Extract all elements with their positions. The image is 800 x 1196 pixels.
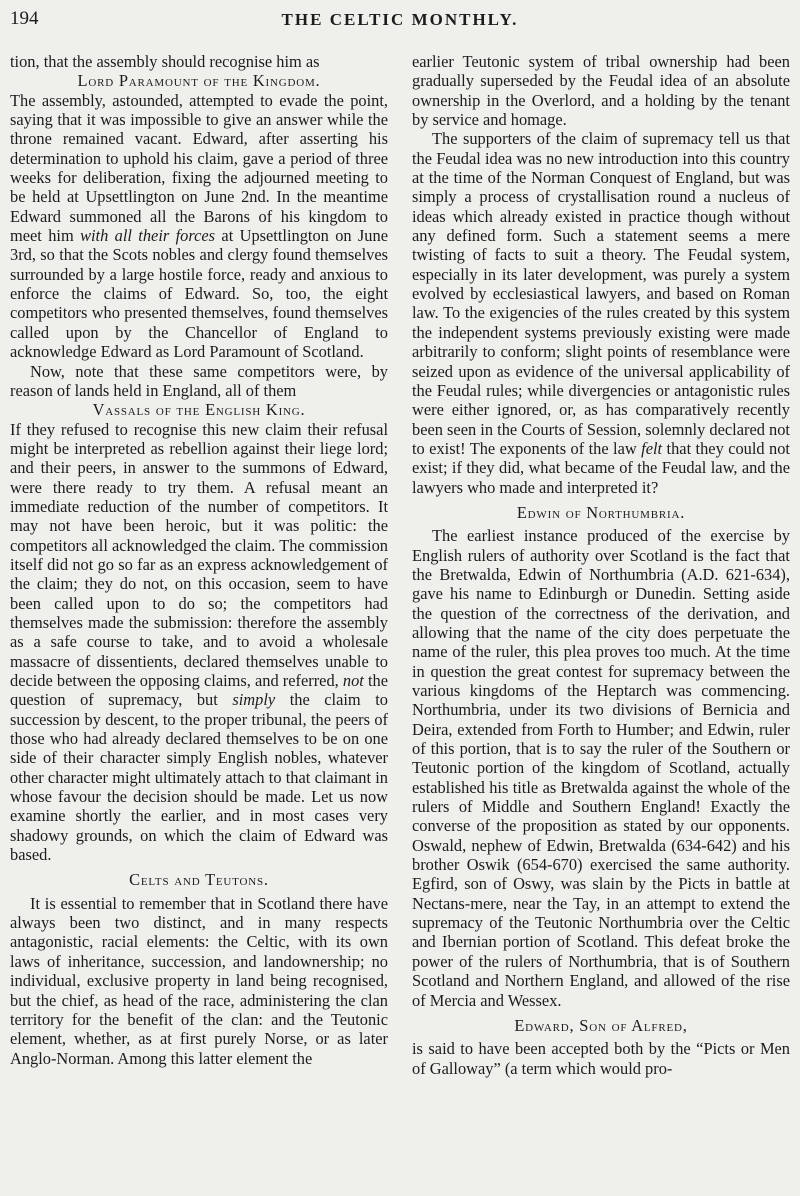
left-column: tion, that the assembly should recognise… — [10, 52, 388, 1068]
italic-emphasis: felt — [641, 439, 662, 458]
section-heading-celts-teutons: Celts and Teutons. — [10, 870, 388, 889]
section-heading-edwin: Edwin of Northumbria. — [412, 503, 790, 522]
running-title: THE CELTIC MONTHLY. — [10, 10, 790, 30]
italic-emphasis: simply — [232, 690, 275, 709]
paragraph: is said to have been accepted both by th… — [412, 1039, 790, 1078]
section-heading-vassals: Vassals of the English King. — [10, 400, 388, 419]
italic-emphasis: not — [343, 671, 364, 690]
paragraph: tion, that the assembly should recognise… — [10, 52, 388, 71]
paragraph: The assembly, astounded, attempted to ev… — [10, 91, 388, 362]
paragraph: The supporters of the claim of supremacy… — [412, 129, 790, 497]
section-heading-lord-paramount: Lord Paramount of the Kingdom. — [10, 71, 388, 90]
paragraph: If they refused to recognise this new cl… — [10, 420, 388, 865]
page-header: 194 THE CELTIC MONTHLY. — [10, 8, 790, 30]
right-column: earlier Teutonic system of tribal owners… — [412, 52, 790, 1078]
magazine-page: 194 THE CELTIC MONTHLY. tion, that the a… — [0, 0, 800, 1196]
paragraph: earlier Teutonic system of tribal owners… — [412, 52, 790, 129]
italic-emphasis: with all their forces — [80, 226, 215, 245]
paragraph: Now, note that these same competitors we… — [10, 362, 388, 401]
paragraph: The earliest instance produced of the ex… — [412, 526, 790, 1010]
paragraph: It is essential to remember that in Scot… — [10, 894, 388, 1068]
section-heading-edward-son-of-alfred: Edward, Son of Alfred, — [412, 1016, 790, 1035]
